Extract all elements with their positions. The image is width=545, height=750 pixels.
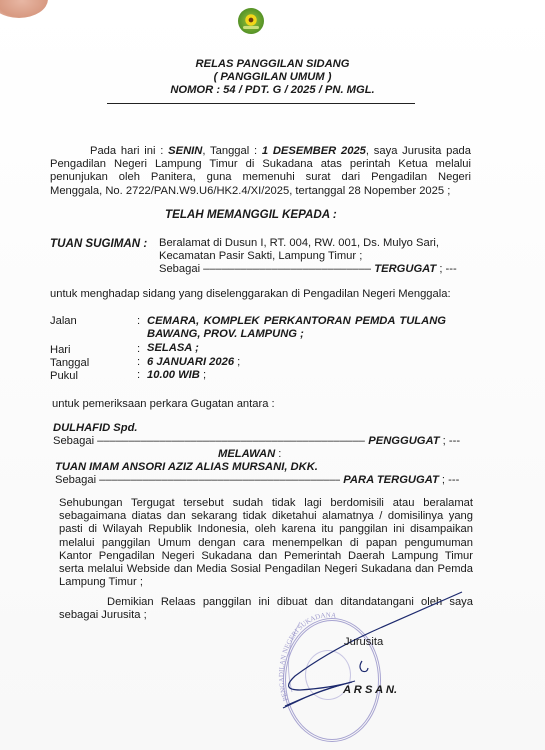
defendant-address: Beralamat di Dusun I, RT. 004, RW. 001, … (159, 237, 472, 263)
court-emblem-icon (238, 8, 264, 34)
signatory-name: A R S A N. (343, 684, 397, 697)
finger-artifact (0, 0, 48, 18)
opening-paragraph: Pada hari ini : SENIN, Tanggal : 1 DESEM… (50, 145, 471, 198)
case-intro: untuk pemeriksaan perkara Gugatan antara… (52, 398, 275, 411)
plaintiff-role: PENGGUGAT (368, 435, 439, 447)
hearing-street: CEMARA, KOMPLEK PERKANTORAN PEMDA TULANG (147, 315, 446, 328)
date-value: 1 DESEMBER 2025 (262, 145, 366, 157)
closing-paragraph: Demikian Relaas panggilan ini dibuat dan… (59, 596, 473, 622)
day-value: SENIN (168, 145, 202, 157)
plaintiff-role-line: Sebagai ––––––––––––––––––––––––––––––––… (53, 435, 460, 448)
document-page: RELAS PANGGILAN SIDANG ( PANGGILAN UMUM … (0, 0, 545, 750)
hearing-time: 10.00 WIB ; (147, 369, 206, 382)
document-title: RELAS PANGGILAN SIDANG (0, 58, 545, 71)
defendants-name: TUAN IMAM ANSORI AZIZ ALIAS MURSANI, DKK… (55, 461, 318, 474)
defendants-role: PARA TERGUGAT (343, 474, 439, 486)
hearing-day: SELASA ; (147, 342, 199, 355)
handwritten-signature-icon: PENGADILAN NEGERI SUKADANA (0, 0, 545, 750)
flower-icon (245, 14, 257, 26)
versus-label: MELAWAN : (218, 448, 281, 461)
defendants-role-line: Sebagai ––––––––––––––––––––––––––––––––… (55, 474, 459, 487)
title-rule (107, 103, 415, 104)
hearing-intro: untuk menghadap sidang yang diselenggara… (50, 288, 451, 301)
defendant-name: TUAN SUGIMAN : (50, 237, 147, 250)
document-subtitle: ( PANGGILAN UMUM ) (0, 71, 545, 84)
defendant-role-line: Sebagai ––––––––––––––––––––––––––––– TE… (159, 263, 457, 276)
signature-title: Jurusita (344, 636, 383, 649)
notice-paragraph: Sehubungan Tergugat tersebut sudah tidak… (59, 497, 473, 589)
defendant-role: TERGUGAT (374, 263, 436, 275)
summon-heading: TELAH MEMANGGIL KEPADA : (165, 208, 337, 221)
plaintiff-name: DULHAFID Spd. (53, 422, 138, 435)
hearing-date: 6 JANUARI 2026 ; (147, 356, 240, 369)
document-number: NOMOR : 54 / PDT. G / 2025 / PN. MGL. (0, 84, 545, 97)
